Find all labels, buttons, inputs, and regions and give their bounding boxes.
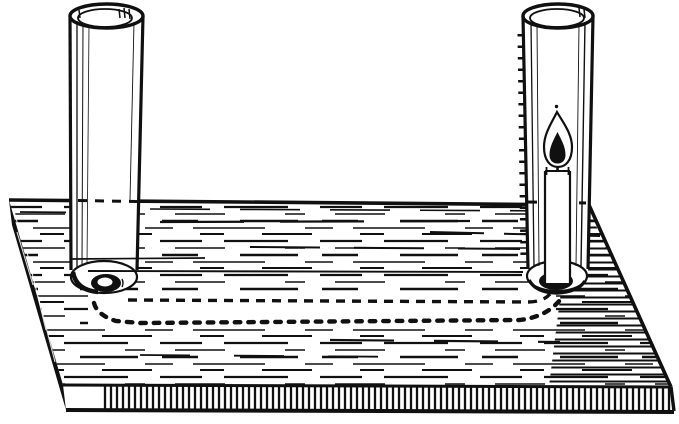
candle (544, 105, 572, 283)
candle-body (545, 171, 570, 283)
illustration-canvas (0, 0, 679, 424)
grain-line-through-tube-2 (88, 271, 523, 272)
front-face-top-edge (63, 385, 671, 387)
front-face-endgrain (100, 385, 674, 411)
flame-spark-dot (555, 105, 558, 108)
convection-experiment-engraving (0, 0, 679, 424)
left-hole-center (98, 278, 113, 287)
right-glass-tube (521, 4, 593, 293)
board-bottom-edge (66, 410, 674, 412)
board-front-face (63, 385, 674, 412)
left-tube-left-wall (70, 16, 71, 270)
left-tube-body-fill (70, 17, 143, 272)
